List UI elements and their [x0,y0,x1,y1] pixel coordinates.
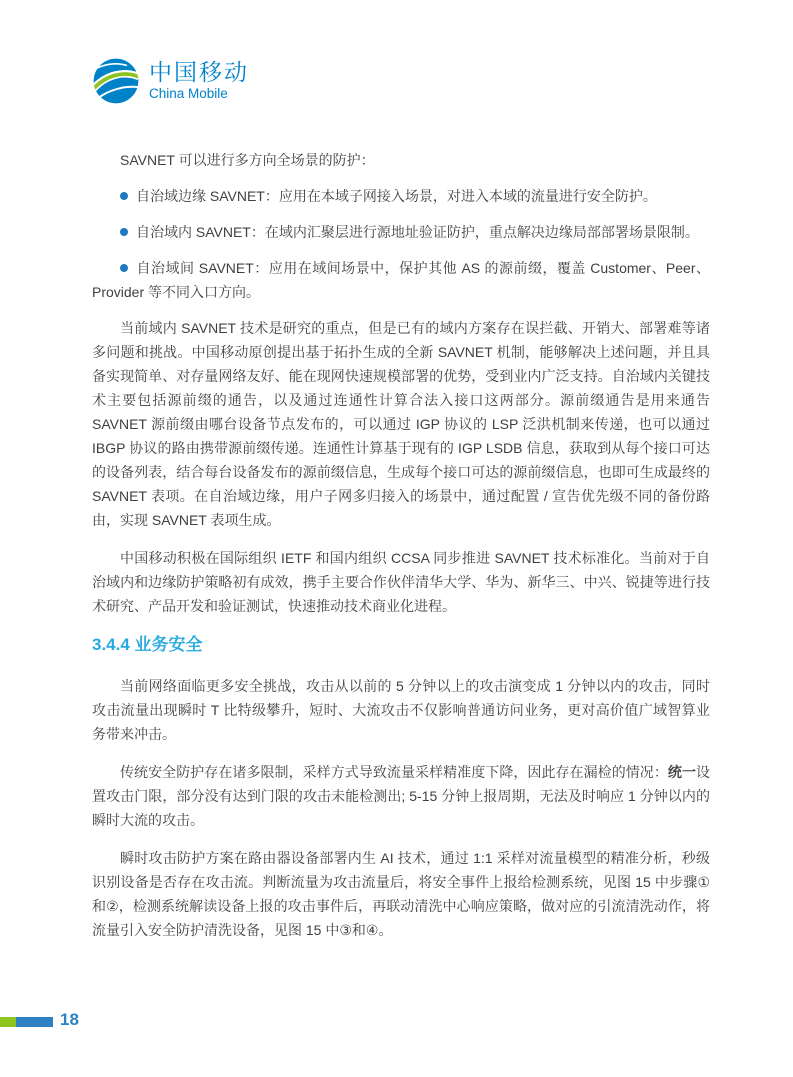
bullet-item-inter-as: 自治域间 SAVNET：应用在域间场景中，保护其他 AS 的源前缀，覆盖 Cus… [92,256,710,304]
page-content: SAVNET 可以进行多方向全场景的防护： 自治域边缘 SAVNET：应用在本域… [92,148,710,956]
footer-bar-blue [16,1017,53,1027]
logo-name-zh: 中国移动 [149,60,249,85]
bullet-icon [120,228,128,236]
paragraph-savnet-mechanism: 当前域内 SAVNET 技术是研究的重点，但是已有的域内方案存在误拦截、开销大、… [92,316,710,532]
paragraph-instant-attack-protection: 瞬时攻击防护方案在路由器设备部署内生 AI 技术，通过 1:1 采样对流量模型的… [92,846,710,942]
bullet-icon [120,192,128,200]
page-number: 18 [60,1010,79,1030]
intro-line: SAVNET 可以进行多方向全场景的防护： [92,148,710,172]
bullet-text: 自治域间 SAVNET：应用在域间场景中，保护其他 AS 的源前缀，覆盖 Cus… [92,260,710,300]
china-mobile-logo: 中国移动 China Mobile [92,57,249,105]
bullet-text: 自治域内 SAVNET：在域内汇聚层进行源地址验证防护，重点解决边缘局部部署场景… [136,224,699,240]
bullet-item-intra-as: 自治域内 SAVNET：在域内汇聚层进行源地址验证防护，重点解决边缘局部部署场景… [92,220,710,244]
document-page: 中国移动 China Mobile SAVNET 可以进行多方向全场景的防护： … [0,0,793,1077]
bullet-icon [120,264,128,272]
footer-bar-green [0,1017,16,1027]
paragraph-security-challenges: 当前网络面临更多安全挑战，攻击从以前的 5 分钟以上的攻击演变成 1 分钟以内的… [92,674,710,746]
paragraph-bold-text: 统一 [668,764,696,780]
bullet-text: 自治域边缘 SAVNET：应用在本域子网接入场景，对进入本域的流量进行安全防护。 [136,188,657,204]
logo-name-en: China Mobile [149,87,249,102]
paragraph-traditional-limits: 传统安全防护存在诸多限制，采样方式导致流量采样精准度下降，因此存在漏检的情况：统… [92,760,710,832]
section-heading-service-security: 3.4.4 业务安全 [92,632,710,658]
paragraph-standardization: 中国移动积极在国际组织 IETF 和国内组织 CCSA 同步推进 SAVNET … [92,546,710,618]
logo-wordmark: 中国移动 China Mobile [149,60,249,102]
paragraph-text: 传统安全防护存在诸多限制，采样方式导致流量采样精准度下降，因此存在漏检的情况： [120,764,668,780]
china-mobile-globe-icon [92,57,140,105]
bullet-item-as-edge: 自治域边缘 SAVNET：应用在本域子网接入场景，对进入本域的流量进行安全防护。 [92,184,710,208]
